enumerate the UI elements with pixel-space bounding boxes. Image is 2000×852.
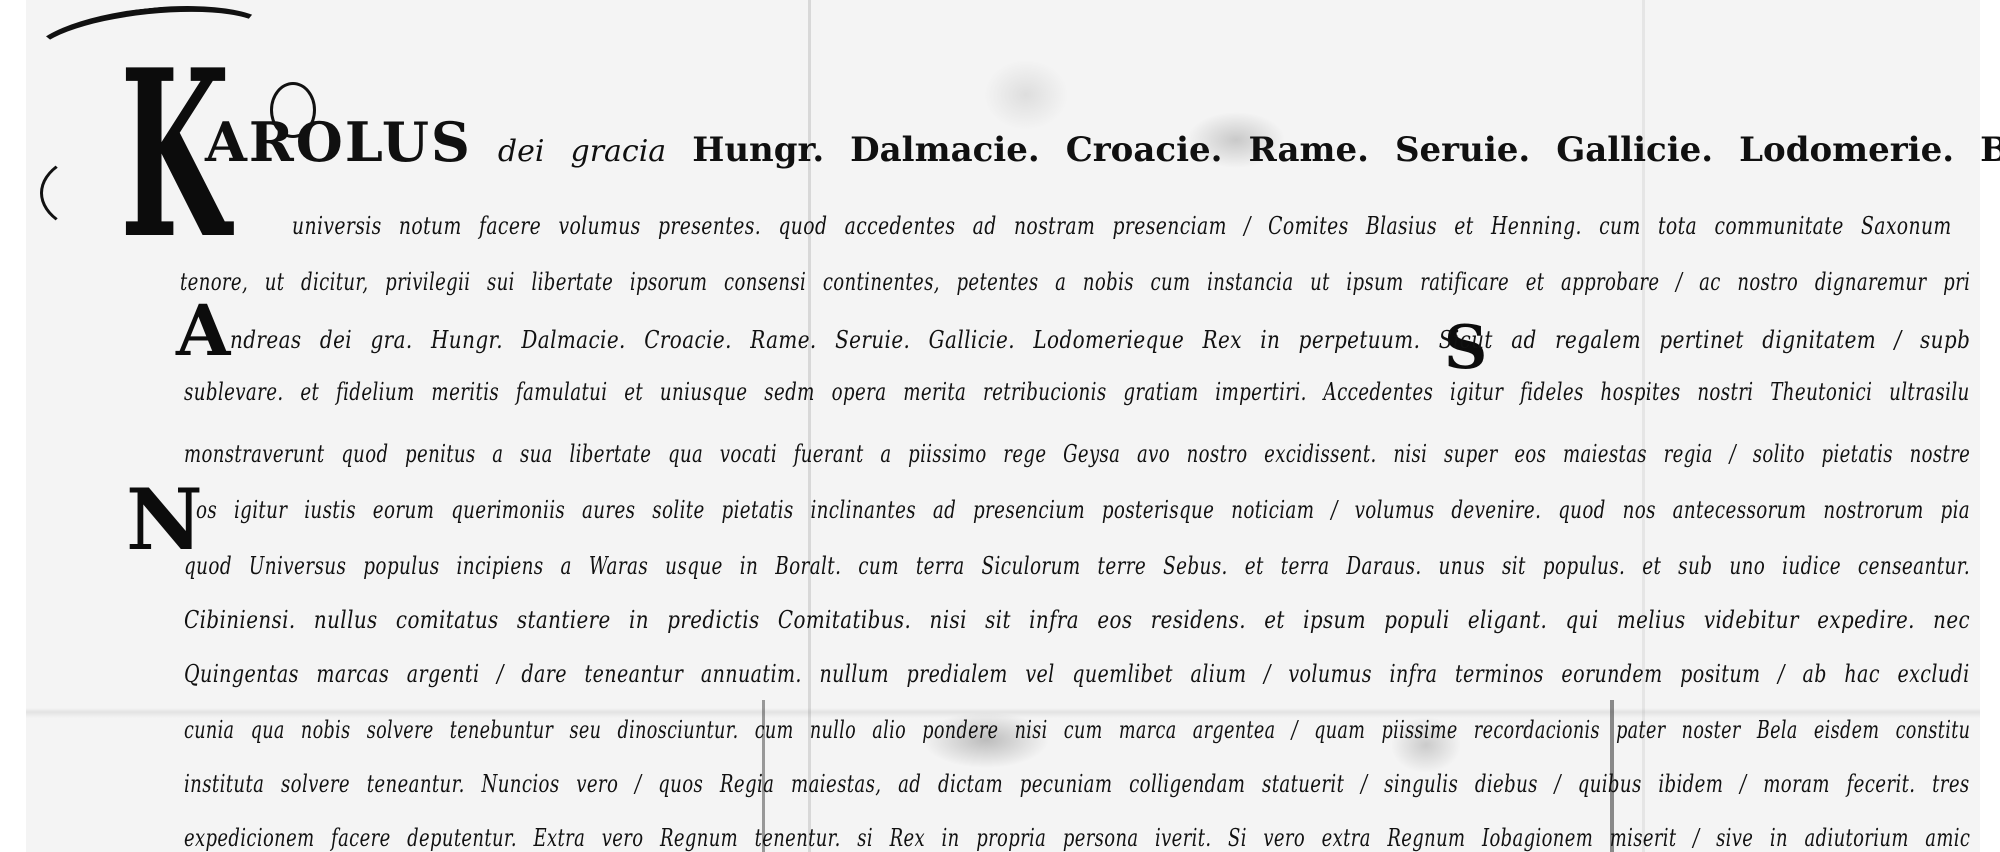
manuscript-line-7: quod Universus populus incipiens a Waras… (184, 552, 1970, 580)
document-viewport: K A N S AROLUS dei gracia Hungr. Dalmaci… (0, 0, 2000, 852)
manuscript-line-9: Quingentas marcas argenti / dare teneant… (184, 660, 1970, 688)
initial-n: N (126, 478, 203, 562)
charter-heading: AROLUS dei gracia Hungr. Dalmacie. Croac… (205, 110, 2000, 190)
manuscript-line-12: expedicionem facere deputentur. Extra ve… (184, 824, 1970, 852)
heading-word: Dalmacie. (850, 130, 1040, 170)
manuscript-line-5: monstraverunt quod penitus a sua liberta… (184, 440, 1970, 468)
heading-word: Lodomerie. (1739, 130, 1954, 170)
heading-name: AROLUS (205, 110, 472, 174)
manuscript-line-3: ndreas dei gra. Hungr. Dalmacie. Croacie… (230, 326, 1970, 354)
manuscript-line-8: Cibiniensi. nullus comitatus stantiere i… (184, 606, 1970, 634)
manuscript-line-2: tenore, ut dicitur, privilegii sui liber… (180, 268, 1970, 296)
heading-word: Gallicie. (1556, 130, 1713, 170)
heading-word: Croacie. (1066, 130, 1223, 170)
manuscript-line-1: universis notum facere volumus presentes… (292, 212, 1952, 240)
heading-word: gracia (570, 134, 666, 169)
manuscript-line-4: sublevare. et fidelium meritis famulatui… (184, 378, 1970, 406)
heading-word: Seruie. (1395, 130, 1530, 170)
initial-a: A (176, 296, 230, 366)
manuscript-line-6: os igitur iustis eorum querimoniis aures… (196, 496, 1970, 524)
manuscript-line-10: cunia qua nobis solvere tenebuntur seu d… (184, 716, 1970, 744)
heading-word: Hungr. (692, 130, 824, 170)
heading-word: dei (498, 134, 545, 169)
heading-word: Rame. (1248, 130, 1369, 170)
heading-word: Bulgarie. (1980, 130, 2000, 170)
manuscript-line-11: instituta solvere teneantur. Nuncios ver… (184, 770, 1970, 798)
